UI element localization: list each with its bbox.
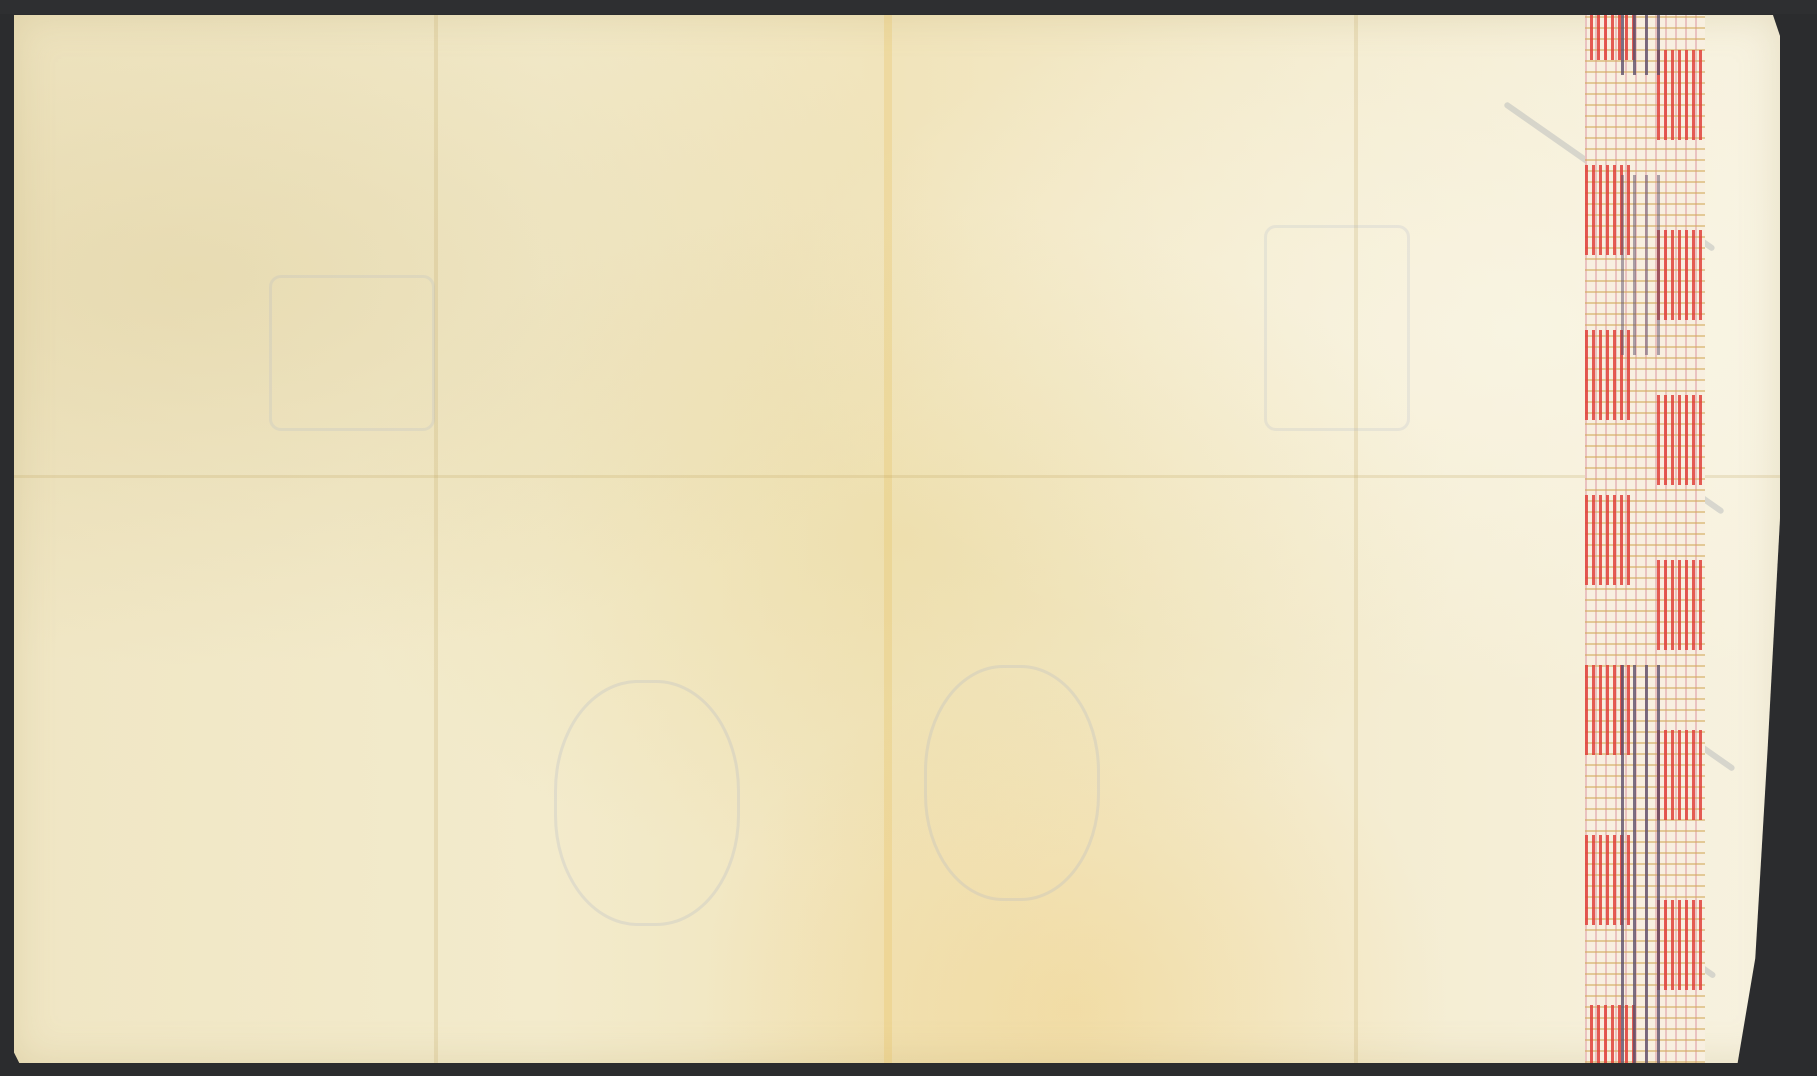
show-through-frame-left [269,275,435,431]
red-weave-band [1657,560,1705,650]
fold-line-stained [884,15,892,1063]
purple-weave-threads [1621,175,1669,355]
fold-line [1354,15,1358,1063]
red-weave-band [1657,395,1705,485]
fold-line [434,15,438,1063]
paper-note [14,15,1780,1063]
background-frame [0,0,1817,14]
woven-tape-strip [1585,15,1705,1063]
purple-weave-threads [1621,665,1669,1063]
show-through-glyph [924,665,1100,901]
fold-line-horizontal [14,475,1780,478]
show-through-glyph [554,680,740,926]
red-weave-band [1585,495,1633,585]
show-through-frame-right [1264,225,1410,431]
purple-weave-threads [1621,15,1669,75]
